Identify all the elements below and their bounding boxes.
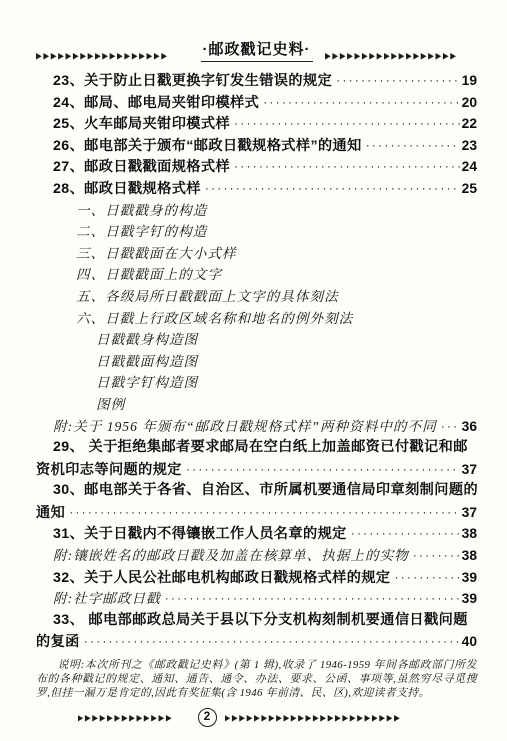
- toc-entry-page: 38: [462, 523, 477, 545]
- toc-entry-page: 24: [462, 156, 477, 178]
- toc-entry-label: 的复函: [36, 632, 80, 653]
- toc-entry-label: 28、邮政日戳规格式样: [53, 179, 201, 200]
- toc-entry: 二、日戳字钉的构造: [36, 221, 477, 243]
- dot-leader: ········································…: [205, 178, 460, 200]
- toc-entry: 六、日戳上行政区域名称和地名的例外刻法: [36, 308, 477, 330]
- arrow-border-icon: ▶▶▶▶▶▶▶▶▶▶▶▶▶▶▶▶▶▶▶▶▶▶▶▶: [225, 711, 430, 725]
- toc-entry-page: 39: [462, 588, 477, 610]
- dot-leader: ········································…: [186, 459, 460, 481]
- scanned-book-page: ▶▶▶▶▶▶▶▶▶▶▶▶▶▶▶▶▶▶ ·邮政戳记史料· ▶▶▶▶▶▶▶▶▶▶▶▶…: [0, 0, 507, 741]
- toc-entry: 28、邮政日戳规格式样 ····························…: [36, 178, 477, 200]
- toc-entry-label: 附:镶嵌姓名的邮政日戳及加盖在核算单、执据上的实物: [53, 545, 409, 567]
- toc-entry-page: 22: [462, 113, 477, 135]
- toc-entry-page: 20: [462, 92, 477, 114]
- arrow-border-icon: ▶▶▶▶▶▶▶▶▶▶▶▶▶: [78, 711, 190, 725]
- dot-leader: ········································…: [263, 92, 459, 114]
- toc-entry: 日戳字钉构造图: [36, 372, 477, 394]
- page-header: ▶▶▶▶▶▶▶▶▶▶▶▶▶▶▶▶▶▶ ·邮政戳记史料· ▶▶▶▶▶▶▶▶▶▶▶▶…: [36, 42, 477, 62]
- toc-entry: 23、关于防止日戳更换字钉发生错误的规定 ···················…: [36, 70, 477, 92]
- toc-entry: 图例: [36, 394, 477, 416]
- toc-entry-label: 五、各级局所日戳戳面上文字的具体刻法: [76, 286, 339, 308]
- toc-entry-label: 32、关于人民公社邮电机构邮政日戳规格式样的规定: [53, 568, 391, 589]
- toc-entry: 29、 关于拒绝集邮者要求邮局在空白纸上加盖邮资已付戳记和邮: [36, 437, 477, 459]
- toc-entry-label: 六、日戳上行政区域名称和地名的例外刻法: [76, 308, 353, 330]
- toc-entry-page: 19: [462, 70, 477, 92]
- dot-leader: ········································…: [165, 588, 460, 610]
- toc-entry-label: 日戳戳身构造图: [96, 329, 198, 351]
- toc-entry: 日戳戳面构造图: [36, 351, 477, 373]
- toc-entry: 24、邮局、邮电局夹钳印模样式 ························…: [36, 92, 477, 114]
- toc-entry-page: 38: [462, 545, 477, 567]
- toc-entry-page: 36: [462, 416, 477, 438]
- toc-entry: 附:镶嵌姓名的邮政日戳及加盖在核算单、执据上的实物 ··············…: [36, 545, 477, 567]
- dot-leader: ········································…: [336, 70, 459, 92]
- page-footer: ▶▶▶▶▶▶▶▶▶▶▶▶▶ 2 ▶▶▶▶▶▶▶▶▶▶▶▶▶▶▶▶▶▶▶▶▶▶▶▶: [0, 708, 507, 727]
- toc-entry: 25、火车邮局夹钳印模式样 ··························…: [36, 113, 477, 135]
- toc-entry-label: 23、关于防止日戳更换字钉发生错误的规定: [53, 71, 332, 92]
- toc-entry: 的复函 ····································…: [36, 631, 477, 653]
- toc-entry-label: 通知: [36, 503, 65, 524]
- toc-entry-label: 图例: [96, 394, 125, 416]
- toc-entry-page: 37: [462, 459, 477, 481]
- toc-entry: 33、 邮电部邮政总局关于县以下分支机构刻制机要通信日戳问题: [36, 610, 477, 632]
- toc-entry-page: 40: [462, 631, 477, 653]
- toc-entry: 通知 ·····································…: [36, 502, 477, 524]
- toc-entry-label: 31、关于日戳内不得镶嵌工作人员名章的规定: [53, 524, 347, 545]
- toc-list: 23、关于防止日戳更换字钉发生错误的规定 ···················…: [36, 70, 477, 653]
- toc-entry: 32、关于人民公社邮电机构邮政日戳规格式样的规定 ···············…: [36, 567, 477, 589]
- toc-entry-label: 三、日戳戳面在大小式样: [76, 243, 237, 265]
- toc-entry-page: 23: [462, 135, 477, 157]
- toc-entry-label: 附:社字邮政日戳: [53, 588, 161, 610]
- book-title: ·邮政戳记史料·: [201, 38, 313, 62]
- toc-entry: 30、邮电部关于各省、自治区、市所属机要通信局印章刻制问题的: [36, 480, 477, 502]
- toc-entry-label: 二、日戳字钉的构造: [76, 221, 207, 243]
- toc-entry-label: 25、火车邮局夹钳印模式样: [53, 114, 230, 135]
- toc-entry: 五、各级局所日戳戳面上文字的具体刻法: [36, 286, 477, 308]
- toc-entry: 日戳戳身构造图: [36, 329, 477, 351]
- toc-entry-label: 29、 关于拒绝集邮者要求邮局在空白纸上加盖邮资已付戳记和邮: [53, 437, 468, 459]
- toc-entry-label: 一、日戳戳身的构造: [76, 200, 207, 222]
- arrow-border-icon: ▶▶▶▶▶▶▶▶▶▶▶▶▶▶▶▶▶▶: [36, 49, 188, 63]
- toc-entry: 一、日戳戳身的构造: [36, 200, 477, 222]
- toc-entry: 三、日戳戳面在大小式样: [36, 243, 477, 265]
- toc-entry: 附:关于 1956 年颁布“邮政日戳规格式样”两种资料中的不同 ········…: [36, 416, 477, 438]
- toc-entry-page: 39: [462, 567, 477, 589]
- dot-leader: ········································…: [413, 545, 460, 567]
- toc-entry: 27、邮政日戳戳面规格式样 ··························…: [36, 156, 477, 178]
- toc-entry: 四、日戳戳面上的文字: [36, 264, 477, 286]
- toc-entry-label: 日戳字钉构造图: [96, 372, 198, 394]
- dot-leader: ········································…: [69, 502, 459, 524]
- dot-leader: ········································…: [351, 523, 460, 545]
- toc-entry-page: 37: [462, 502, 477, 524]
- toc-entry-label: 四、日戳戳面上的文字: [76, 264, 222, 286]
- page-number: 2: [198, 708, 217, 727]
- dot-leader: ········································…: [395, 567, 460, 589]
- toc-entry-label: 附:关于 1956 年颁布“邮政日戳规格式样”两种资料中的不同: [53, 416, 437, 438]
- toc-entry-label: 日戳戳面构造图: [96, 351, 198, 373]
- toc-entry-label: 资机印志等问题的规定: [36, 460, 182, 481]
- dot-leader: ········································…: [441, 416, 460, 438]
- dot-leader: ········································…: [366, 135, 460, 157]
- arrow-border-icon: ▶▶▶▶▶▶▶▶▶▶▶▶▶▶▶▶▶▶: [325, 49, 477, 63]
- dot-leader: ········································…: [234, 156, 460, 178]
- toc-entry-label: 26、邮电部关于颁布“邮政日戳规格式样”的通知: [53, 136, 362, 157]
- toc-entry-label: 27、邮政日戳戳面规格式样: [53, 157, 230, 178]
- toc-entry-label: 30、邮电部关于各省、自治区、市所属机要通信局印章刻制问题的: [53, 480, 477, 502]
- toc-entry-label: 24、邮局、邮电局夹钳印模样式: [53, 93, 259, 114]
- dot-leader: ········································…: [234, 113, 460, 135]
- dot-leader: ········································…: [84, 631, 460, 653]
- toc-entry: 26、邮电部关于颁布“邮政日戳规格式样”的通知 ················…: [36, 135, 477, 157]
- toc-entry: 附:社字邮政日戳 ·······························…: [36, 588, 477, 610]
- toc-entry: 31、关于日戳内不得镶嵌工作人员名章的规定 ··················…: [36, 523, 477, 545]
- toc-entry-page: 25: [462, 178, 477, 200]
- toc-entry: 资机印志等问题的规定 ·····························…: [36, 459, 477, 481]
- editor-note: 说明:本次所刊之《邮政戳记史料》(第 1 辑),收录了 1946-1959 年间…: [36, 659, 477, 700]
- toc-entry-label: 33、 邮电部邮政总局关于县以下分支机构刻制机要通信日戳问题: [53, 610, 468, 632]
